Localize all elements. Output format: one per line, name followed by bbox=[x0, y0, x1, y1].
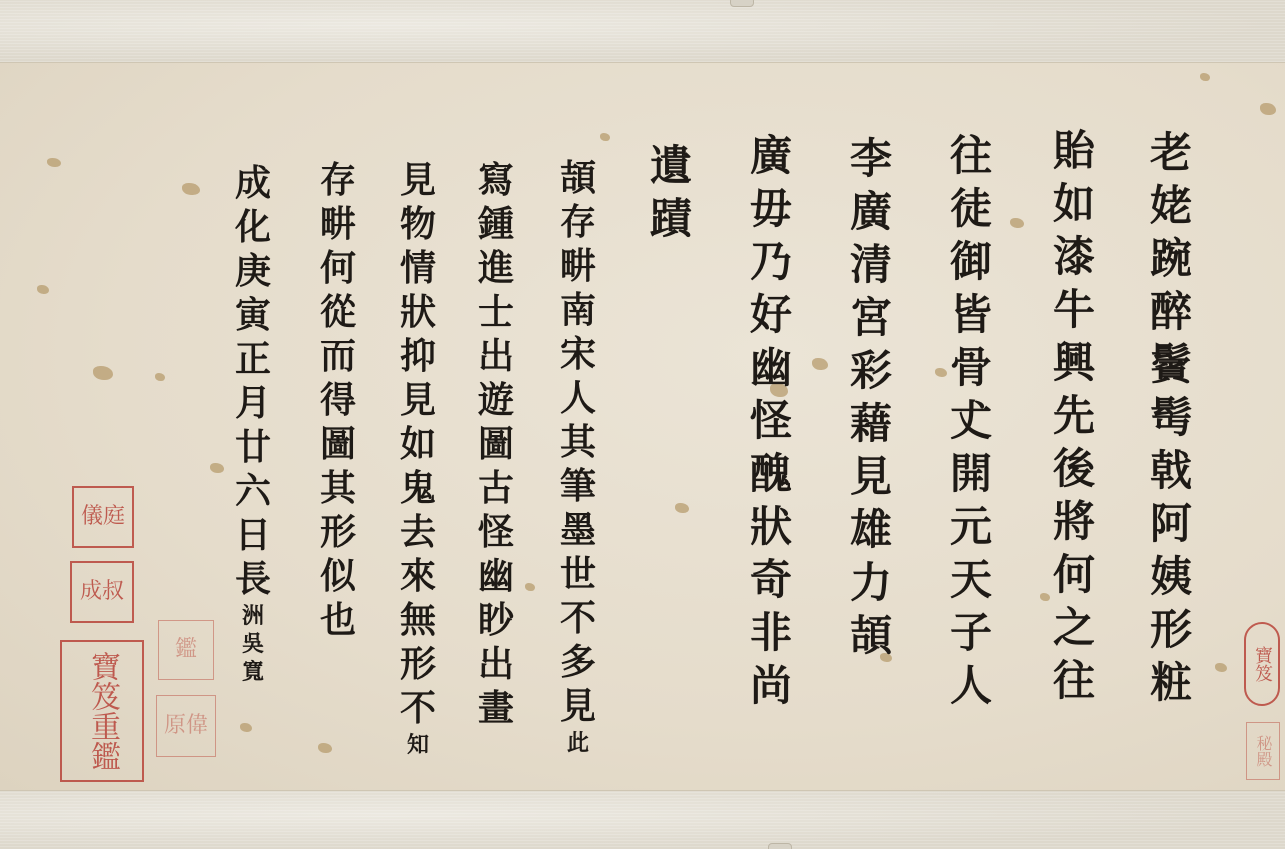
calligraphy-character: 見 bbox=[400, 382, 436, 426]
calligraphy-character: 日 bbox=[235, 517, 271, 561]
calligraphy-character: 筆 bbox=[560, 468, 596, 512]
calligraphy-character: 天 bbox=[950, 559, 992, 612]
calligraphy-character: 乃 bbox=[750, 241, 792, 294]
seal-middle-left: 成叔 bbox=[70, 561, 134, 623]
gold-fleck bbox=[675, 503, 689, 513]
calligraphy-character: 元 bbox=[950, 506, 992, 559]
calligraphy-character: 寫 bbox=[478, 162, 514, 206]
scroll-fastener bbox=[730, 0, 754, 7]
calligraphy-character: 存 bbox=[320, 162, 356, 206]
gold-fleck bbox=[47, 158, 61, 167]
seal-top-left: 儀庭 bbox=[72, 486, 134, 548]
gold-fleck bbox=[935, 368, 947, 377]
calligraphy-character: 形 bbox=[320, 514, 356, 558]
calligraphy-character: 皆 bbox=[950, 294, 992, 347]
calligraphy-character: 畫 bbox=[478, 690, 514, 734]
calligraphy-character: 狀 bbox=[750, 506, 792, 559]
calligraphy-character: 廣 bbox=[750, 135, 792, 188]
calligraphy-column-7: 頡存畊南宋人其筆墨世不多見此 bbox=[560, 160, 596, 760]
calligraphy-character: 蹟 bbox=[650, 198, 692, 251]
calligraphy-character: 非 bbox=[750, 612, 792, 665]
calligraphy-character: 踠 bbox=[1150, 238, 1192, 291]
seal-bottom-left-faint-2: 原偉 bbox=[156, 695, 216, 757]
calligraphy-character: 而 bbox=[320, 338, 356, 382]
calligraphy-character: 怪 bbox=[478, 514, 514, 558]
calligraphy-column-8: 寫鍾進士出遊圖古怪幽眇出畫 bbox=[478, 162, 514, 734]
calligraphy-column-6: 遺蹟 bbox=[650, 145, 692, 251]
calligraphy-character: 物 bbox=[400, 206, 436, 250]
calligraphy-character: 庚 bbox=[235, 253, 271, 297]
calligraphy-character: 其 bbox=[560, 424, 596, 468]
calligraphy-character: 出 bbox=[478, 338, 514, 382]
calligraphy-character: 從 bbox=[320, 294, 356, 338]
calligraphy-character: 圖 bbox=[320, 426, 356, 470]
calligraphy-character: 興 bbox=[1053, 342, 1095, 395]
calligraphy-character: 遊 bbox=[478, 382, 514, 426]
calligraphy-column-10: 存畊何從而得圖其形似也 bbox=[320, 162, 356, 646]
silk-mount-bottom bbox=[0, 790, 1285, 849]
gold-fleck bbox=[37, 285, 49, 294]
calligraphy-character: 奇 bbox=[750, 559, 792, 612]
calligraphy-character: 狀 bbox=[400, 294, 436, 338]
gold-fleck bbox=[812, 358, 828, 370]
calligraphy-character: 宮 bbox=[850, 297, 892, 350]
calligraphy-character: 見 bbox=[400, 162, 436, 206]
calligraphy-character: 形 bbox=[1150, 609, 1192, 662]
gold-fleck bbox=[93, 366, 113, 380]
calligraphy-character: 阿 bbox=[1150, 503, 1192, 556]
calligraphy-character: 成 bbox=[235, 165, 271, 209]
calligraphy-column-5: 廣毋乃好幽怪醜狀奇非尚 bbox=[750, 135, 792, 718]
silk-mount-top bbox=[0, 0, 1285, 63]
calligraphy-character: 寬 bbox=[242, 661, 264, 689]
calligraphy-character: 也 bbox=[320, 602, 356, 646]
calligraphy-character: 古 bbox=[478, 470, 514, 514]
calligraphy-character: 進 bbox=[478, 250, 514, 294]
calligraphy-character: 鍾 bbox=[478, 206, 514, 250]
calligraphy-character: 來 bbox=[400, 558, 436, 602]
gold-fleck bbox=[600, 133, 610, 141]
calligraphy-character: 士 bbox=[478, 294, 514, 338]
calligraphy-character: 雄 bbox=[850, 509, 892, 562]
calligraphy-character: 去 bbox=[400, 514, 436, 558]
calligraphy-character: 骨 bbox=[950, 347, 992, 400]
calligraphy-character: 髩 bbox=[1150, 397, 1192, 450]
calligraphy-character: 多 bbox=[560, 644, 596, 688]
calligraphy-character: 正 bbox=[235, 341, 271, 385]
calligraphy-character: 不 bbox=[400, 690, 436, 734]
gold-fleck bbox=[240, 723, 252, 732]
calligraphy-character: 後 bbox=[1053, 448, 1095, 501]
calligraphy-character: 不 bbox=[560, 600, 596, 644]
calligraphy-character: 開 bbox=[950, 453, 992, 506]
calligraphy-character: 往 bbox=[1053, 660, 1095, 713]
calligraphy-character: 子 bbox=[950, 612, 992, 665]
calligraphy-character: 抑 bbox=[400, 338, 436, 382]
calligraphy-character: 何 bbox=[1053, 554, 1095, 607]
gold-fleck bbox=[210, 463, 224, 473]
calligraphy-character: 世 bbox=[560, 556, 596, 600]
seal-right-oval: 寶笈 bbox=[1244, 622, 1280, 706]
calligraphy-character: 南 bbox=[560, 292, 596, 336]
calligraphy-character: 洲 bbox=[242, 605, 264, 633]
gold-fleck bbox=[1260, 103, 1276, 115]
gold-fleck bbox=[525, 583, 535, 591]
calligraphy-character: 畊 bbox=[320, 206, 356, 250]
calligraphy-character: 戟 bbox=[1150, 450, 1192, 503]
calligraphy-character: 人 bbox=[560, 380, 596, 424]
calligraphy-character: 寅 bbox=[235, 297, 271, 341]
calligraphy-character: 頡 bbox=[560, 160, 596, 204]
calligraphy-character: 情 bbox=[400, 250, 436, 294]
calligraphy-character: 李 bbox=[850, 138, 892, 191]
calligraphy-character: 月 bbox=[235, 385, 271, 429]
calligraphy-character: 老 bbox=[1150, 132, 1192, 185]
calligraphy-character: 出 bbox=[478, 646, 514, 690]
calligraphy-character: 往 bbox=[950, 135, 992, 188]
calligraphy-character: 頡 bbox=[850, 615, 892, 668]
calligraphy-character: 墨 bbox=[560, 512, 596, 556]
seal-bottom-left-large: 寶笈重鑑 bbox=[60, 640, 144, 782]
calligraphy-character: 似 bbox=[320, 558, 356, 602]
calligraphy-character: 幽 bbox=[478, 558, 514, 602]
calligraphy-character: 如 bbox=[1053, 183, 1095, 236]
seal-right-square: 秘殿 bbox=[1246, 722, 1280, 780]
calligraphy-character: 好 bbox=[750, 294, 792, 347]
calligraphy-character: 將 bbox=[1053, 501, 1095, 554]
gold-fleck bbox=[1010, 218, 1024, 228]
calligraphy-character: 吳 bbox=[242, 633, 264, 661]
calligraphy-character: 見 bbox=[560, 688, 596, 732]
calligraphy-character: 𠀋 bbox=[950, 400, 992, 453]
gold-fleck bbox=[155, 373, 165, 381]
calligraphy-column-11-signature: 成化庚寅正月廿六日長洲吳寬 bbox=[235, 165, 271, 689]
calligraphy-character: 粧 bbox=[1150, 662, 1192, 715]
gold-fleck bbox=[318, 743, 332, 753]
calligraphy-character: 先 bbox=[1053, 395, 1095, 448]
calligraphy-character: 醉 bbox=[1150, 291, 1192, 344]
calligraphy-column-9: 見物情狀抑見如鬼去來無形不知 bbox=[400, 162, 436, 762]
calligraphy-character: 知 bbox=[407, 734, 429, 762]
calligraphy-character: 清 bbox=[850, 244, 892, 297]
gold-fleck bbox=[1040, 593, 1050, 601]
seal-bottom-left-faint-1: 鑑 bbox=[158, 620, 214, 680]
calligraphy-character: 得 bbox=[320, 382, 356, 426]
calligraphy-character: 之 bbox=[1053, 607, 1095, 660]
calligraphy-character: 形 bbox=[400, 646, 436, 690]
calligraphy-character: 廿 bbox=[235, 429, 271, 473]
calligraphy-character: 化 bbox=[235, 209, 271, 253]
calligraphy-character: 存 bbox=[560, 204, 596, 248]
calligraphy-character: 牛 bbox=[1053, 289, 1095, 342]
calligraphy-character: 幽 bbox=[750, 347, 792, 400]
calligraphy-character: 御 bbox=[950, 241, 992, 294]
calligraphy-character: 怪 bbox=[750, 400, 792, 453]
calligraphy-character: 鬼 bbox=[400, 470, 436, 514]
calligraphy-character: 鬢 bbox=[1150, 344, 1192, 397]
calligraphy-column-3: 往徒御皆骨𠀋開元天子人 bbox=[950, 135, 992, 718]
calligraphy-character: 畊 bbox=[560, 248, 596, 292]
calligraphy-character: 彩 bbox=[850, 350, 892, 403]
calligraphy-character: 宋 bbox=[560, 336, 596, 380]
calligraphy-character: 遺 bbox=[650, 145, 692, 198]
calligraphy-column-4: 李廣清宮彩藉見雄力頡 bbox=[850, 138, 892, 668]
calligraphy-character: 長 bbox=[235, 561, 271, 605]
calligraphy-character: 其 bbox=[320, 470, 356, 514]
calligraphy-character: 六 bbox=[235, 473, 271, 517]
calligraphy-character: 醜 bbox=[750, 453, 792, 506]
scroll-fastener bbox=[768, 843, 792, 849]
gold-fleck bbox=[182, 183, 200, 195]
calligraphy-column-2: 貽如漆牛興先後將何之往 bbox=[1053, 130, 1095, 713]
calligraphy-character: 圖 bbox=[478, 426, 514, 470]
calligraphy-character: 廣 bbox=[850, 191, 892, 244]
calligraphy-character: 眇 bbox=[478, 602, 514, 646]
calligraphy-character: 徒 bbox=[950, 188, 992, 241]
calligraphy-character: 姥 bbox=[1150, 185, 1192, 238]
calligraphy-character: 何 bbox=[320, 250, 356, 294]
gold-fleck bbox=[1215, 663, 1227, 672]
calligraphy-column-1: 老姥踠醉鬢髩戟阿姨形粧 bbox=[1150, 132, 1192, 715]
calligraphy-character: 毋 bbox=[750, 188, 792, 241]
calligraphy-character: 如 bbox=[400, 426, 436, 470]
gold-fleck bbox=[1200, 73, 1210, 81]
calligraphy-character: 漆 bbox=[1053, 236, 1095, 289]
calligraphy-character: 貽 bbox=[1053, 130, 1095, 183]
calligraphy-character: 尚 bbox=[750, 665, 792, 718]
calligraphy-character: 姨 bbox=[1150, 556, 1192, 609]
calligraphy-character: 力 bbox=[850, 562, 892, 615]
calligraphy-character: 藉 bbox=[850, 403, 892, 456]
calligraphy-character: 無 bbox=[400, 602, 436, 646]
calligraphy-character: 人 bbox=[950, 665, 992, 718]
calligraphy-character: 見 bbox=[850, 456, 892, 509]
calligraphy-character: 此 bbox=[567, 732, 589, 760]
